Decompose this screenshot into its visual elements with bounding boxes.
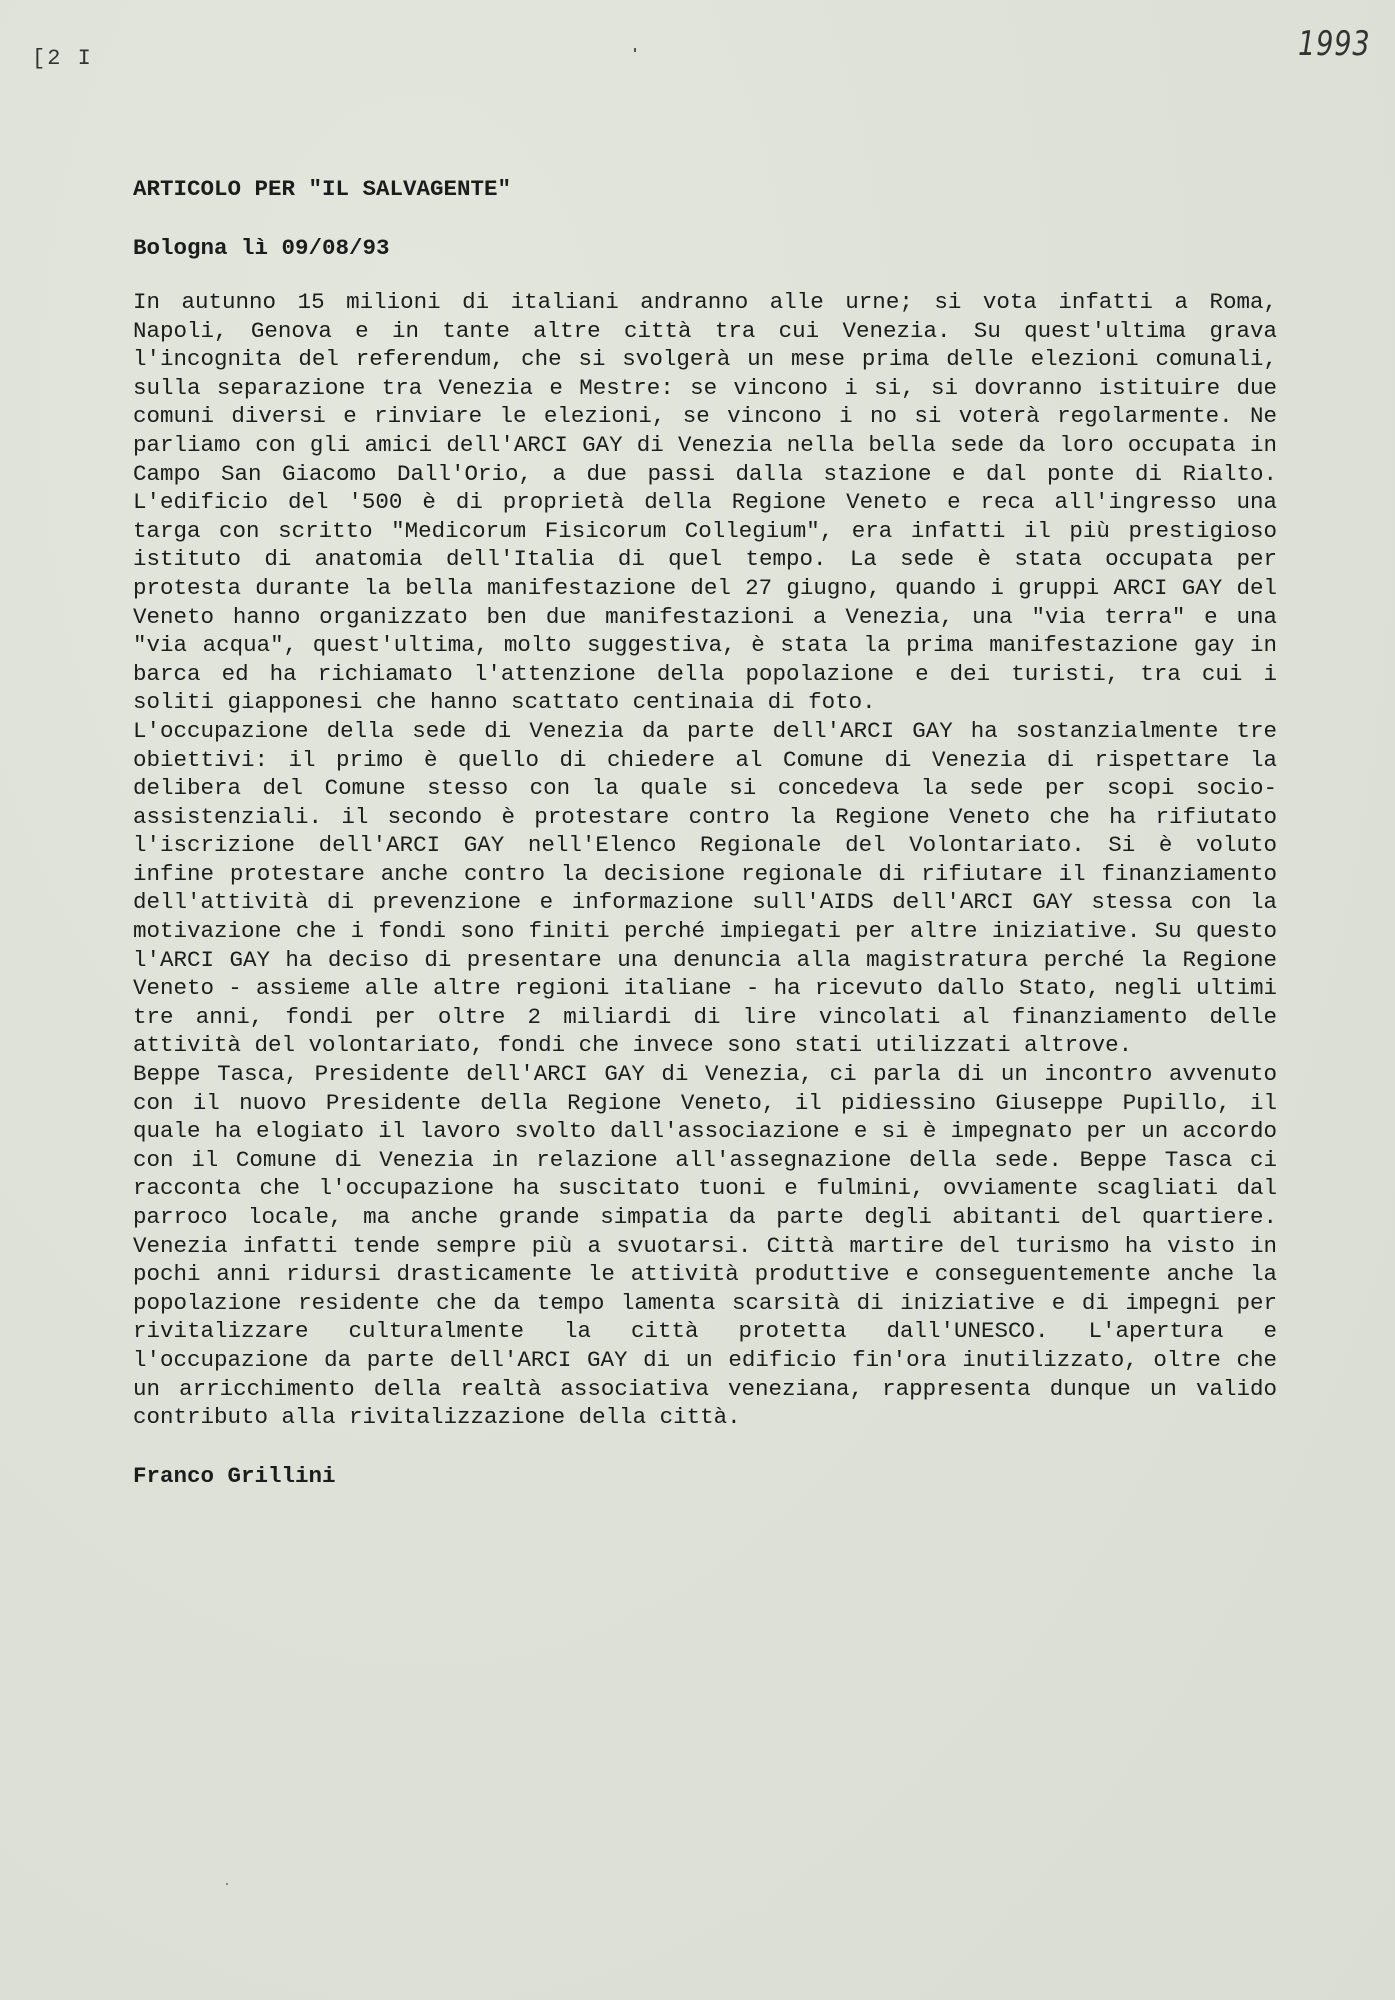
author-signature: Franco Grillini: [133, 1461, 1277, 1491]
handwritten-year-annotation: 1993: [1298, 24, 1370, 64]
article-paragraph: Beppe Tasca, Presidente dell'ARCI GAY di…: [133, 1060, 1277, 1432]
article-paragraph: In autunno 15 milioni di italiani andran…: [133, 288, 1277, 717]
article-dateline: Bologna lì 09/08/93: [133, 233, 1277, 263]
page-archive-mark: [2 I: [32, 46, 93, 71]
article-title: ARTICOLO PER "IL SALVAGENTE": [133, 174, 1277, 204]
paper-speck: [634, 48, 636, 52]
article-paragraph: L'occupazione della sede di Venezia da p…: [133, 717, 1277, 1060]
article-body: In autunno 15 milioni di italiani andran…: [133, 288, 1277, 1432]
paper-speck: [226, 1883, 228, 1885]
article: ARTICOLO PER "IL SALVAGENTE" Bologna lì …: [133, 174, 1277, 1491]
